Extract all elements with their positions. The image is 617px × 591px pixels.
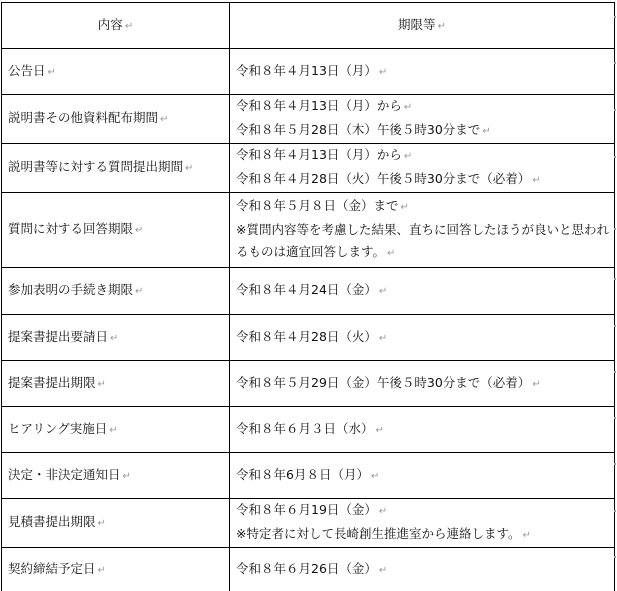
deadline-line: 令和８年6月８日（月）↵ [236, 464, 614, 488]
deadline-line: 令和８年４月13日（月）から↵ [236, 95, 614, 119]
return-mark-icon: ↵ [98, 379, 106, 390]
deadline-cell: 令和８年４月13日（月）↵ [230, 49, 615, 95]
item-cell: 説明書その他資料配布期間↵ [2, 95, 230, 144]
return-mark-icon: ↵ [401, 202, 409, 213]
deadline-line: 令和８年５月29日（金）午後５時30分まで（必着）↵ [236, 372, 614, 396]
table-row: 説明書その他資料配布期間↵令和８年４月13日（月）から↵令和８年５月28日（木）… [2, 95, 615, 144]
deadline-cell: 令和８年４月13日（月）から↵令和８年５月28日（木）午後５時30分まで↵ [230, 95, 615, 144]
deadline-text: 令和８年５月28日（木）午後５時30分まで [236, 122, 480, 137]
deadline-text: 令和８年４月28日（火） [236, 329, 377, 344]
item-cell: 提案書提出期限↵ [2, 361, 230, 407]
item-label: 決定・非決定通知日 [8, 467, 121, 482]
return-mark-icon: ↵ [379, 286, 387, 297]
return-mark-icon: ↵ [109, 425, 117, 436]
row-end-mark [614, 278, 616, 280]
return-mark-icon: ↵ [532, 379, 540, 390]
return-mark-icon: ↵ [160, 114, 168, 125]
return-mark-icon: ↵ [379, 506, 387, 517]
item-cell: 質問に対する回答期限↵ [2, 193, 230, 268]
deadline-text: 令和８年６月19日（金） [236, 502, 377, 517]
table-row: 公告日↵令和８年４月13日（月）↵ [2, 49, 615, 95]
table-row: 見積書提出期限↵令和８年６月19日（金）↵※特定者に対して長崎創生推進室から連絡… [2, 499, 615, 548]
deadline-text: 令和８年６月３日（水） [236, 421, 374, 436]
header-deadline-label: 期限等 [398, 17, 436, 32]
return-mark-icon: ↵ [379, 67, 387, 78]
deadline-cell: 令和８年６月26日（金）↵ [230, 548, 615, 591]
deadline-text: 令和８年６月26日（金） [236, 561, 377, 576]
row-end-mark [614, 109, 616, 111]
row-end-mark [614, 156, 616, 158]
table-row: ヒアリング実施日↵令和８年６月３日（水）↵ [2, 407, 615, 453]
deadline-cell: 令和８年４月13日（月）から↵令和８年４月28日（火）午後５時30分まで（必着）… [230, 144, 615, 193]
deadline-text: ※質問内容等を考慮した結果、直ちに回答したほうが良いと思われるものは適宜回答しま… [236, 222, 609, 259]
item-cell: 参加表明の手続き期限↵ [2, 268, 230, 315]
return-mark-icon: ↵ [404, 151, 412, 162]
header-content: 内容↵ [2, 3, 230, 49]
deadline-line: 令和８年５月８日（金）まで↵ [236, 195, 614, 219]
table-row: 説明書等に対する質問提出期間↵令和８年４月13日（月）から↵令和８年４月28日（… [2, 144, 615, 193]
deadline-cell: 令和８年６月19日（金）↵※特定者に対して長崎創生推進室から連絡します。↵ [230, 499, 615, 548]
deadline-text: 令和８年５月８日（金）まで [236, 198, 399, 213]
item-label: 提案書提出要請日 [8, 329, 108, 344]
return-mark-icon: ↵ [482, 126, 490, 137]
row-end-mark [614, 228, 616, 230]
item-cell: ヒアリング実施日↵ [2, 407, 230, 453]
item-label: 契約締結予定日 [8, 561, 96, 576]
table-row: 決定・非決定通知日↵令和８年6月８日（月）↵ [2, 453, 615, 499]
row-end-mark [614, 556, 616, 558]
table-row: 参加表明の手続き期限↵令和８年４月24日（金）↵ [2, 268, 615, 315]
item-label: 質問に対する回答期限 [8, 221, 133, 236]
row-end-mark [614, 417, 616, 419]
deadline-text: 令和８年４月13日（月）から [236, 98, 402, 113]
return-mark-icon: ↵ [135, 225, 143, 236]
deadline-text: 令和８年４月24日（金） [236, 282, 377, 297]
return-mark-icon: ↵ [98, 518, 106, 529]
return-mark-icon: ↵ [110, 333, 118, 344]
return-mark-icon: ↵ [376, 425, 384, 436]
item-label: 見積書提出期限 [8, 514, 96, 529]
return-mark-icon: ↵ [371, 471, 379, 482]
deadline-line: 令和８年４月24日（金）↵ [236, 279, 614, 303]
item-label: 説明書等に対する質問提出期間 [8, 159, 183, 174]
schedule-body: 公告日↵令和８年４月13日（月）↵説明書その他資料配布期間↵令和８年４月13日（… [2, 49, 615, 591]
deadline-line: ※質問内容等を考慮した結果、直ちに回答したほうが良いと思われるものは適宜回答しま… [236, 219, 614, 265]
return-mark-icon: ↵ [125, 21, 133, 32]
row-end-mark [614, 62, 616, 64]
item-label: 説明書その他資料配布期間 [8, 110, 158, 125]
return-mark-icon: ↵ [438, 21, 446, 32]
header-content-label: 内容 [98, 17, 123, 32]
table-row: 提案書提出要請日↵令和８年４月28日（火）↵ [2, 315, 615, 361]
return-mark-icon: ↵ [387, 248, 395, 259]
item-cell: 説明書等に対する質問提出期間↵ [2, 144, 230, 193]
deadline-line: 令和８年４月13日（月）↵ [236, 60, 614, 84]
row-end-mark [614, 463, 616, 465]
schedule-table: 内容↵ 期限等↵ 公告日↵令和８年４月13日（月）↵説明書その他資料配布期間↵令… [1, 2, 615, 591]
header-row: 内容↵ 期限等↵ [2, 3, 615, 49]
deadline-line: 令和８年４月28日（火）午後５時30分まで（必着）↵ [236, 168, 614, 192]
return-mark-icon: ↵ [522, 530, 530, 541]
table-row: 契約締結予定日↵令和８年６月26日（金）↵ [2, 548, 615, 591]
return-mark-icon: ↵ [185, 163, 193, 174]
row-end-mark [614, 510, 616, 512]
deadline-cell: 令和８年6月８日（月）↵ [230, 453, 615, 499]
deadline-cell: 令和８年６月３日（水）↵ [230, 407, 615, 453]
item-cell: 決定・非決定通知日↵ [2, 453, 230, 499]
item-label: 公告日 [8, 63, 46, 78]
return-mark-icon: ↵ [123, 471, 131, 482]
item-cell: 契約締結予定日↵ [2, 548, 230, 591]
return-mark-icon: ↵ [532, 175, 540, 186]
deadline-text: ※特定者に対して長崎創生推進室から連絡します。 [236, 526, 520, 541]
return-mark-icon: ↵ [48, 67, 56, 78]
item-cell: 提案書提出要請日↵ [2, 315, 230, 361]
deadline-line: 令和８年６月３日（水）↵ [236, 418, 614, 442]
deadline-cell: 令和８年４月28日（火）↵ [230, 315, 615, 361]
return-mark-icon: ↵ [404, 102, 412, 113]
row-end-mark [614, 16, 616, 18]
item-cell: 見積書提出期限↵ [2, 499, 230, 548]
deadline-line: 令和８年４月13日（月）から↵ [236, 144, 614, 168]
row-end-mark [614, 371, 616, 373]
return-mark-icon: ↵ [379, 565, 387, 576]
item-label: ヒアリング実施日 [8, 421, 107, 436]
item-cell: 公告日↵ [2, 49, 230, 95]
deadline-line: ※特定者に対して長崎創生推進室から連絡します。↵ [236, 523, 614, 547]
deadline-cell: 令和８年５月８日（金）まで↵※質問内容等を考慮した結果、直ちに回答したほうが良い… [230, 193, 615, 268]
table-row: 提案書提出期限↵令和８年５月29日（金）午後５時30分まで（必着）↵ [2, 361, 615, 407]
deadline-cell: 令和８年４月24日（金）↵ [230, 268, 615, 315]
deadline-line: 令和８年６月19日（金）↵ [236, 499, 614, 523]
deadline-line: 令和８年６月26日（金）↵ [236, 558, 614, 582]
deadline-text: 令和８年４月13日（月） [236, 63, 377, 78]
return-mark-icon: ↵ [135, 286, 143, 297]
header-deadline: 期限等↵ [230, 3, 615, 49]
return-mark-icon: ↵ [98, 565, 106, 576]
table-row: 質問に対する回答期限↵令和８年５月８日（金）まで↵※質問内容等を考慮した結果、直… [2, 193, 615, 268]
deadline-cell: 令和８年５月29日（金）午後５時30分まで（必着）↵ [230, 361, 615, 407]
deadline-line: 令和８年５月28日（木）午後５時30分まで↵ [236, 119, 614, 143]
deadline-text: 令和８年４月28日（火）午後５時30分まで（必着） [236, 171, 530, 186]
deadline-line: 令和８年４月28日（火）↵ [236, 326, 614, 350]
deadline-text: 令和８年５月29日（金）午後５時30分まで（必着） [236, 375, 530, 390]
item-label: 参加表明の手続き期限 [8, 282, 133, 297]
return-mark-icon: ↵ [379, 333, 387, 344]
deadline-text: 令和８年6月８日（月） [236, 467, 369, 482]
deadline-text: 令和８年４月13日（月）から [236, 147, 402, 162]
row-end-mark [614, 325, 616, 327]
item-label: 提案書提出期限 [8, 375, 96, 390]
